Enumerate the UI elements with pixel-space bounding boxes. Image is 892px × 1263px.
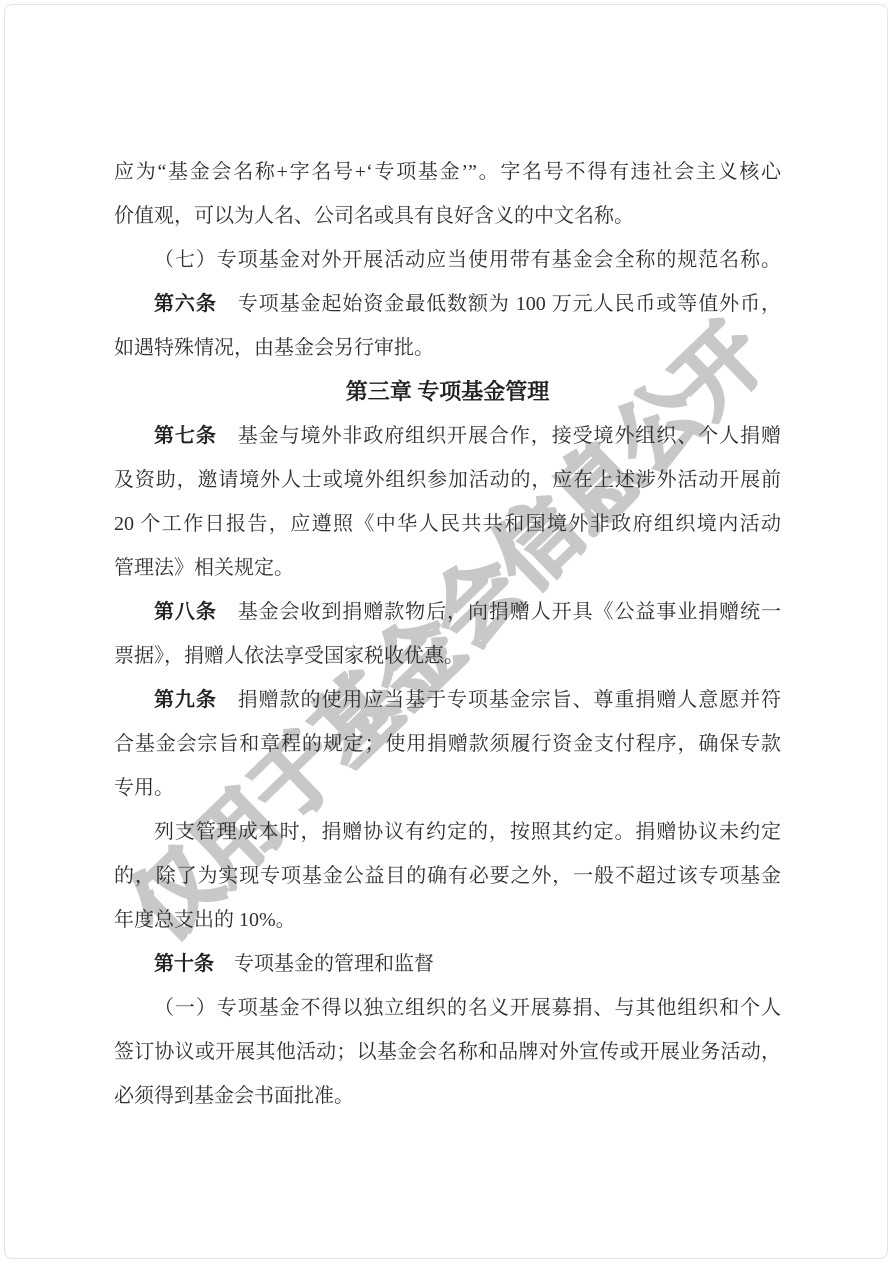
body-line: 必须得到基金会书面批准。 [114,1074,781,1118]
article-number: 第七条 [154,425,217,447]
document-body: 应为“基金会名称+字名号+‘专项基金’”。字名号不得有违社会主义核心 价值观，可… [114,150,781,1118]
body-line: 专用。 [114,766,781,810]
article-number: 第六条 [154,293,217,315]
body-line: 的，除了为实现专项基金公益目的确有必要之外，一般不超过该专项基金 [114,854,781,898]
body-line: 签订协议或开展其他活动；以基金会名称和品牌对外宣传或开展业务活动， [114,1030,781,1074]
body-line: 如遇特殊情况，由基金会另行审批。 [114,326,781,370]
body-line: 第十条 专项基金的管理和监督 [114,942,781,986]
body-line: 价值观，可以为人名、公司名或具有良好含义的中文名称。 [114,194,781,238]
body-line: 第九条 捐赠款的使用应当基于专项基金宗旨、尊重捐赠人意愿并符 [114,678,781,722]
document-page: 仅用于基金会信息公开 应为“基金会名称+字名号+‘专项基金’”。字名号不得有违社… [4,4,888,1259]
body-line: 20 个工作日报告，应遵照《中华人民共共和国境外非政府组织境内活动 [114,502,781,546]
body-line: 列支管理成本时，捐赠协议有约定的，按照其约定。捐赠协议未约定 [114,810,781,854]
body-line: 年度总支出的 10%。 [114,898,781,942]
body-line: 应为“基金会名称+字名号+‘专项基金’”。字名号不得有违社会主义核心 [114,150,781,194]
body-line: （七）专项基金对外开展活动应当使用带有基金会全称的规范名称。 [114,238,781,282]
article-number: 第八条 [154,601,217,623]
body-line: 第八条 基金会收到捐赠款物后，向捐赠人开具《公益事业捐赠统一 [114,590,781,634]
body-line: 及资助，邀请境外人士或境外组织参加活动的，应在上述涉外活动开展前 [114,458,781,502]
chapter-heading: 第三章 专项基金管理 [114,370,781,414]
body-line: 管理法》相关规定。 [114,546,781,590]
body-line: 第七条 基金与境外非政府组织开展合作，接受境外组织、个人捐赠 [114,414,781,458]
body-line: 合基金会宗旨和章程的规定；使用捐赠款须履行资金支付程序，确保专款 [114,722,781,766]
body-line: 第六条 专项基金起始资金最低数额为 100 万元人民币或等值外币， [114,282,781,326]
body-line: 票据》，捐赠人依法享受国家税收优惠。 [114,634,781,678]
article-number: 第十条 [154,953,214,975]
body-line: （一）专项基金不得以独立组织的名义开展募捐、与其他组织和个人 [114,986,781,1030]
article-number: 第九条 [154,689,217,711]
